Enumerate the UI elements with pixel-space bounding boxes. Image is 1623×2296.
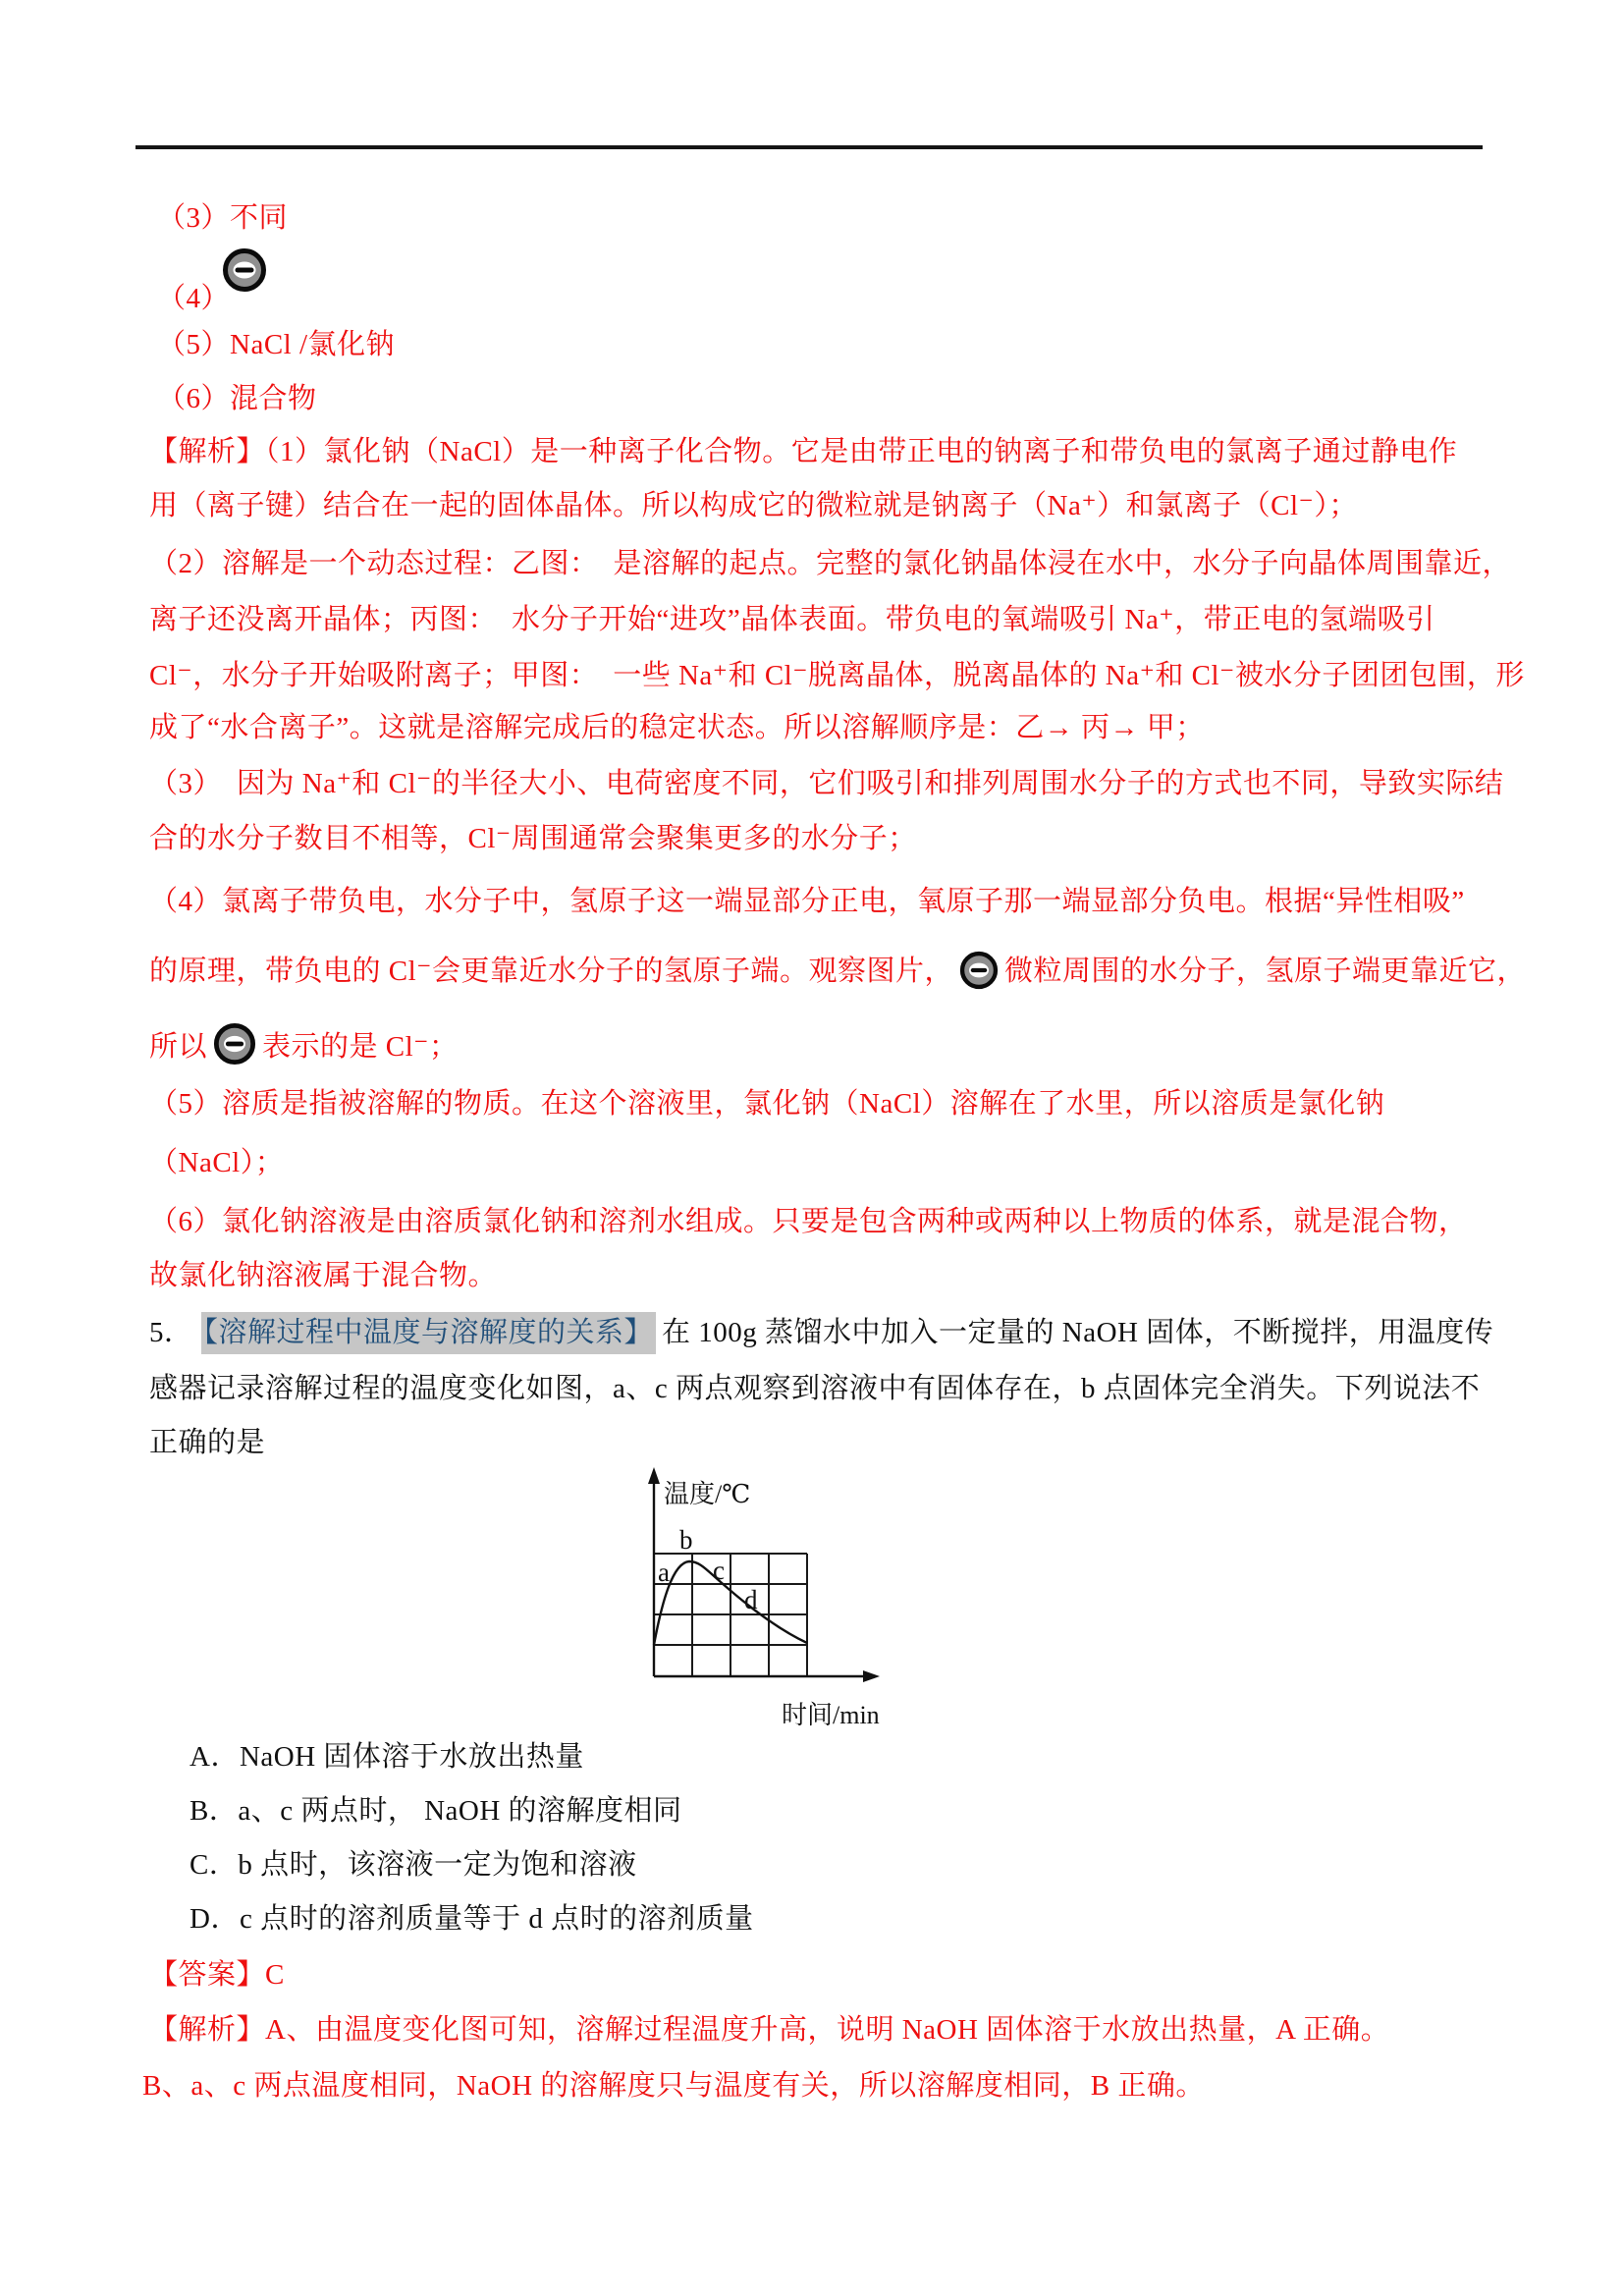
answer-5-text: NaCl /氯化钠 [230,329,395,360]
analysis-line-9: （4）氯离子带负电，水分子中，氢原子这一端显部分正电，氧原子那一端显部分负电。根… [149,881,1465,922]
answer-3-label: （3） [157,202,230,234]
analysis-line-12: （5）溶质是指被溶解的物质。在这个溶液里，氯化钠（NaCl）溶解在了水里，所以溶… [149,1083,1384,1124]
header-rule [135,145,1483,149]
analysis-line-15: 故氯化钠溶液属于混合物。 [149,1255,497,1296]
answer-4-line: （4） [157,278,230,319]
option-d: D．c 点时的溶剂质量等于 d 点时的溶剂质量 [189,1898,754,1940]
analysis-line-11: 所以表示的是 Cl⁻； [149,1022,458,1067]
answer-line: 【答案】C [149,1954,285,1995]
explanation-line-1: 【解析】A、由温度变化图可知，溶解过程温度升高，说明 NaOH 固体溶于水放出热… [149,2009,1389,2050]
analysis-line-11-post: 表示的是 Cl⁻； [262,1031,458,1063]
question-5-line-2: 感器记录溶解过程的温度变化如图，a、c 两点观察到溶液中有固体存在，b 点固体完… [149,1368,1480,1409]
answer-tag: 【答案】 [149,1959,265,1991]
answer-6-label: （6） [157,383,230,414]
y-axis-arrow-icon [648,1467,660,1484]
analysis-line-5: Cl⁻，水分子开始吸附离子；甲图： 一些 Na⁺和 Cl⁻脱离晶体，脱离晶体的 … [149,655,1525,696]
analysis-line-13: （NaCl）； [149,1142,284,1183]
analysis-line-8: 合的水分子数目不相等，Cl⁻周围通常会聚集更多的水分子； [149,818,917,859]
x-axis-label: 时间/min [782,1701,880,1729]
answer-5-line: （5）NaCl /氯化钠 [157,324,395,365]
answer-4-label: （4） [157,283,230,314]
answer-3-text: 不同 [230,202,288,234]
analysis-line-2: 用（离子键）结合在一起的固体晶体。所以构成它的微粒就是钠离子（Na⁺）和氯离子（… [149,485,1358,526]
option-c: C．b 点时，该溶液一定为饱和溶液 [189,1844,637,1886]
question-5-number: 5． [149,1317,193,1348]
analysis-line-7: （3） 因为 Na⁺和 Cl⁻的半径大小、电荷密度不同，它们吸引和排列周围水分子… [149,763,1503,804]
analysis-line-3: （2）溶解是一个动态过程：乙图： 是溶解的起点。完整的氯化钠晶体浸在水中，水分子… [149,543,1511,584]
answer-6-text: 混合物 [230,383,317,414]
point-label-d: d [744,1585,758,1614]
question-5-intro-line: 5．【溶解过程中温度与溶解度的关系】在 100g 蒸馏水中加入一定量的 NaOH… [149,1312,1493,1353]
analysis-line-10-post: 微粒周围的水分子，氢原子端更靠近它， [1004,956,1526,987]
y-axis-label: 温度/℃ [664,1480,750,1508]
option-a: A．NaOH 固体溶于水放出热量 [189,1736,584,1777]
analysis-line-10: 的原理，带负电的 Cl⁻会更靠近水分子的氢原子端。观察图片，微粒周围的水分子，氢… [149,951,1526,992]
negative-ion-icon [213,1022,256,1066]
topic-highlight: 【溶解过程中温度与溶解度的关系】 [201,1312,657,1354]
analysis-line-6: 成了“水合离子”。这就是溶解完成后的稳定状态。所以溶解顺序是：乙→ 丙→ 甲； [149,707,1205,748]
point-label-b: b [679,1525,693,1555]
answer-5-label: （5） [157,329,230,360]
point-label-c: c [713,1556,725,1585]
document-page: （3）不同 （4） （5）NaCl /氯化钠 （6）混合物 【解析】（1）氯化钠… [0,0,1623,2296]
question-5-intro-text: 在 100g 蒸馏水中加入一定量的 NaOH 固体，不断搅拌，用温度传 [662,1317,1493,1348]
point-label-a: a [658,1558,670,1587]
chart-axes [654,1479,868,1676]
answer-6-line: （6）混合物 [157,378,317,419]
explanation-text-1: A、由温度变化图可知，溶解过程温度升高，说明 NaOH 固体溶于水放出热量，A … [265,2014,1389,2046]
temperature-time-chart: 温度/℃ 时间/min a b c d [628,1465,895,1743]
analysis-line-11-pre: 所以 [149,1031,207,1063]
answer-value: C [265,1959,285,1991]
explanation-line-2: B、a、c 两点温度相同，NaOH 的溶解度只与温度有关，所以溶解度相同，B 正… [142,2065,1205,2106]
explanation-tag: 【解析】 [149,2014,265,2046]
question-5-line-3: 正确的是 [149,1422,265,1463]
analysis-line-1: 【解析】（1）氯化钠（NaCl）是一种离子化合物。它是由带正电的钠离子和带负电的… [149,431,1457,472]
option-b: B．a、c 两点时， NaOH 的溶解度相同 [189,1790,682,1831]
answer-3-line: （3）不同 [157,197,288,239]
analysis-line-4: 离子还没离开晶体；丙图： 水分子开始“进攻”晶体表面。带负电的氧端吸引 Na⁺，… [149,599,1435,640]
analysis-line-14: （6）氯化钠溶液是由溶质氯化钠和溶剂水组成。只要是包含两种或两种以上物质的体系，… [149,1201,1468,1242]
negative-ion-icon [959,951,999,990]
x-axis-arrow-icon [863,1670,880,1682]
analysis-line-10-pre: 的原理，带负电的 Cl⁻会更靠近水分子的氢原子端。观察图片， [149,956,953,987]
